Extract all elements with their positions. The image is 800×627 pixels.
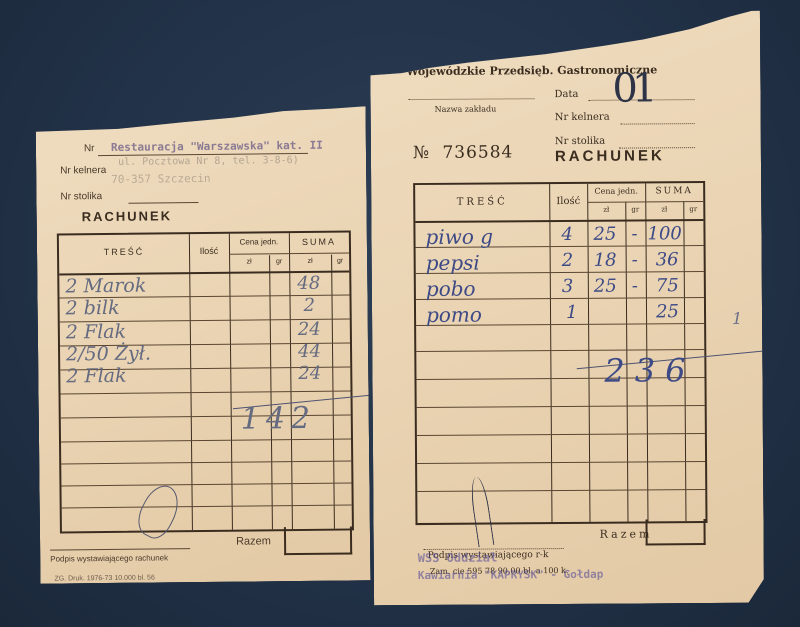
- line-item-price: 25: [593, 224, 616, 245]
- header-cena-gr: gr: [625, 205, 645, 213]
- line-item-qty: 2: [562, 250, 574, 271]
- header-suma: SUMA: [645, 186, 703, 196]
- waiter-number-label: Nr kelnera: [555, 112, 610, 123]
- restaurant-stamp-address: ul. Pocztowa Nr 8, tel. 3-8-6): [118, 155, 299, 168]
- receipt-title: RACHUNEK: [82, 208, 173, 224]
- restaurant-stamp-name: Restauracja "Warszawska" kat. II: [111, 139, 323, 154]
- razem-label: Razem: [236, 535, 271, 547]
- signature-line: [50, 548, 190, 550]
- items-table: TREŚĆ Ilość Cena jedn. SUMA zł gr zł gr …: [57, 230, 354, 533]
- line-item-price-gr: -: [631, 224, 637, 245]
- line-item-sum: 75: [656, 275, 679, 296]
- razem-label: Razem: [600, 527, 653, 540]
- nr-prefix-label: Nr: [84, 143, 95, 154]
- line-item-text: 2 Flak: [66, 365, 126, 388]
- line-item-sum: 100: [647, 223, 682, 244]
- line-item-price-gr: -: [632, 250, 638, 271]
- items-table: TREŚĆ Ilość Cena jedn. SUMA zł gr zł gr …: [413, 181, 707, 525]
- right-receipt: Wojewódzkie Przedsięb. Gastronomiczne Na…: [370, 11, 764, 606]
- number-prefix: №: [413, 143, 429, 163]
- header-cena-jedn: Cena jedn.: [587, 186, 645, 195]
- header-tresc: TREŚĆ: [59, 246, 189, 257]
- header-tresc: TREŚĆ: [415, 196, 549, 208]
- line-item-sum: 36: [656, 249, 679, 270]
- line-item-text: pepsi: [426, 251, 480, 275]
- line-item-text: 2/50 Żył.: [66, 343, 151, 366]
- line-item-sum: 44: [298, 341, 321, 362]
- signature-scribble: [131, 480, 186, 544]
- cafe-stamp-name: Kawiarnia "KAPRYSK" - Gołdap: [418, 568, 604, 582]
- establishment-name-label: Nazwa zakładu: [435, 104, 497, 113]
- header-cena-gr: gr: [269, 258, 289, 265]
- header-cena-zl: zł: [229, 258, 269, 265]
- header-suma-gr: gr: [683, 205, 703, 213]
- header-ilosc: Ilość: [189, 246, 229, 256]
- receipt-number: № 736584: [413, 142, 514, 163]
- line-item-price: 25: [594, 276, 617, 297]
- receipt-title: RACHUNEK: [555, 147, 665, 165]
- line-item-sum: 24: [298, 319, 321, 340]
- left-receipt: Nr Restauracja "Warszawska" kat. II ul. …: [36, 106, 371, 583]
- receipt-number-value: 736584: [442, 142, 513, 162]
- line-item-qty: 3: [562, 276, 574, 297]
- line-item-sum: 25: [656, 301, 679, 322]
- line-item-sum: 2: [303, 295, 315, 316]
- header-suma-zl: zł: [645, 205, 683, 213]
- handwritten-total: 236: [604, 351, 695, 390]
- margin-mark: 1: [732, 309, 742, 328]
- line-item-text: 2 Marok: [65, 275, 146, 298]
- line-item-text: 2 bilk: [65, 297, 119, 320]
- header-suma-gr: gr: [331, 257, 349, 264]
- line-item-text: 2 Flak: [66, 321, 126, 344]
- table-number-label: Nr stolika: [60, 191, 102, 202]
- line-item-price-gr: -: [632, 276, 638, 297]
- handwritten-total: 142: [241, 401, 317, 437]
- header-suma-zl: zł: [289, 258, 331, 265]
- line-item-price: 18: [594, 250, 617, 271]
- line-item-sum: 24: [298, 363, 321, 384]
- header-cena-zl: zł: [587, 206, 625, 214]
- line-item-text: pobo: [426, 277, 476, 301]
- header-ilosc: Ilość: [549, 196, 587, 207]
- establishment-name-line: [409, 98, 535, 100]
- header-suma: SUMA: [289, 236, 349, 247]
- line-item-qty: 1: [566, 302, 578, 323]
- date-label: Data: [554, 89, 578, 100]
- line-item-qty: 4: [561, 224, 573, 245]
- line-item-text: piwo g: [425, 225, 493, 249]
- restaurant-stamp-city: 70-357 Szczecin: [111, 172, 210, 186]
- line-item-sum: 48: [297, 273, 320, 294]
- line-item-text: pomo: [426, 303, 482, 327]
- razem-box: [645, 519, 705, 545]
- header-cena-jedn: Cena jedn.: [229, 237, 289, 247]
- handwritten-waiter-number: 01: [612, 65, 651, 111]
- signature-scribble: [468, 476, 494, 548]
- signature-label: Podpis wystawiającego rachunek: [50, 553, 168, 563]
- print-footer: ZG. Druk. 1976-73 10.000 bl. 56: [54, 575, 154, 583]
- cafe-stamp-branch: WSS Oddział: [418, 550, 498, 565]
- waiter-number-label: Nr kelnera: [60, 165, 106, 176]
- razem-box: [284, 526, 352, 555]
- table-number-label: Nr stolika: [555, 136, 605, 147]
- table-number-line: [129, 202, 199, 204]
- waiter-number-line: [621, 123, 695, 125]
